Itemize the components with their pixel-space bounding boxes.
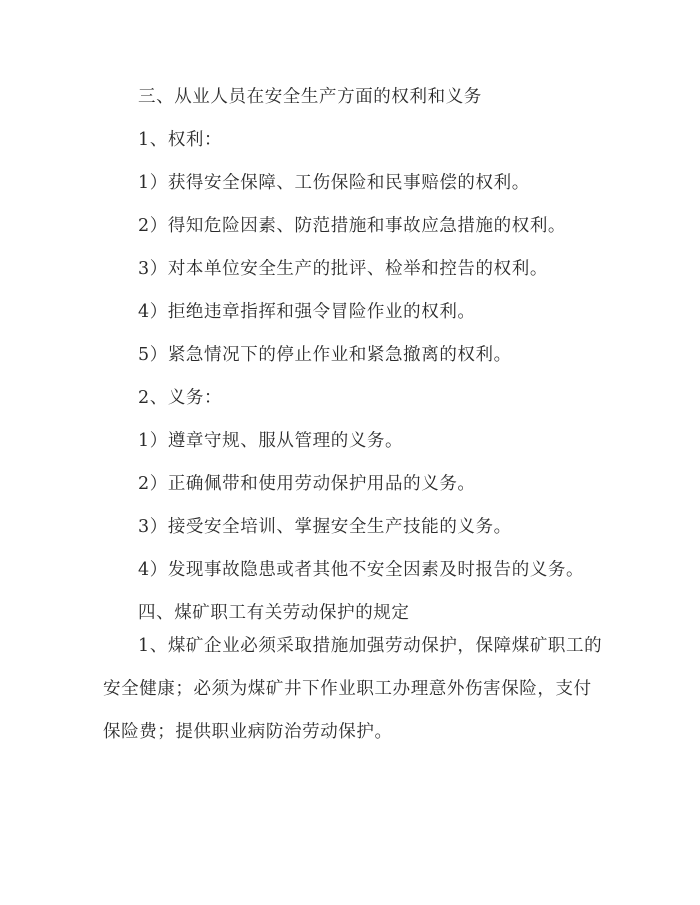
duties-item-2: 2）正确佩带和使用劳动保护用品的义务。 [138,473,476,495]
rights-item-2: 2）得知危险因素、防范措施和事故应急措施的权利。 [138,215,566,237]
rights-item-4: 4）拒绝违章指挥和强令冒险作业的权利。 [138,301,476,323]
section-heading-4: 四、煤矿职工有关劳动保护的规定 [138,602,410,624]
duties-item-1: 1）遵章守规、服从管理的义务。 [138,430,403,452]
subheading-rights: 1、权利： [138,129,222,151]
duties-item-3: 3）接受安全培训、掌握安全生产技能的义务。 [138,516,512,538]
document-page: 三、从业人员在安全生产方面的权利和义务 1、权利： 1）获得安全保障、工伤保险和… [0,0,700,905]
rights-item-3: 3）对本单位安全生产的批评、检举和控告的权利。 [138,258,548,280]
rights-item-1: 1）获得安全保障、工伤保险和民事赔偿的权利。 [138,172,530,194]
subheading-duties: 2、义务： [138,387,222,409]
duties-item-4: 4）发现事故隐患或者其他不安全因素及时报告的义务。 [138,559,584,581]
rights-item-5: 5）紧急情况下的停止作业和紧急撤离的权利。 [138,344,512,366]
body-paragraph: 1、煤矿企业必须采取措施加强劳动保护，保障煤矿职工的安全健康；必须为煤矿井下作业… [103,625,603,754]
section-heading-3: 三、从业人员在安全生产方面的权利和义务 [138,86,482,108]
